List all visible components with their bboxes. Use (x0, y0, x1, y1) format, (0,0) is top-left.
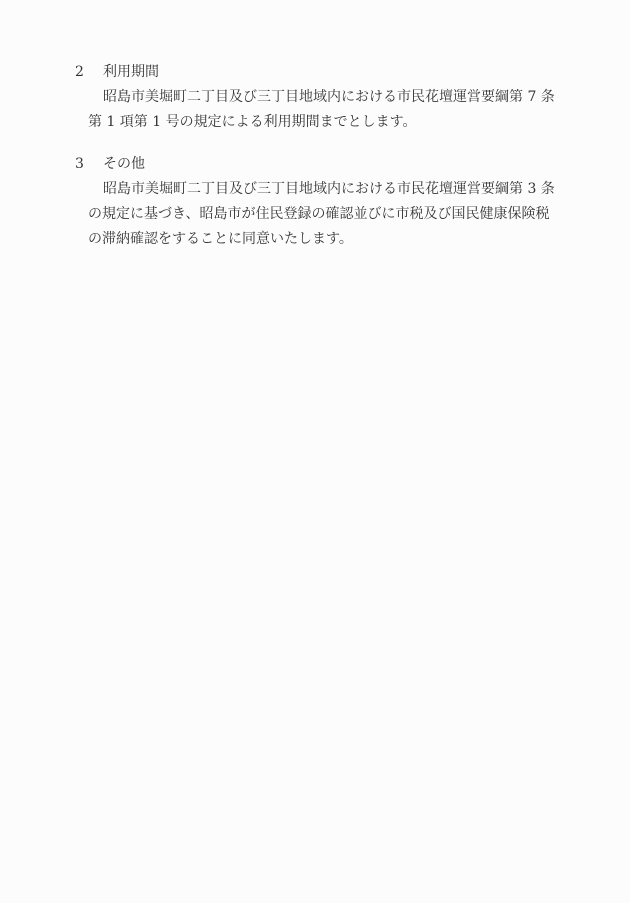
section-heading: 2利用期間 (0, 60, 630, 85)
paragraph-line: 第 1 項第 1 号の規定による利用期間までとします。 (0, 110, 630, 135)
paragraph-line: 昭島市美堀町二丁目及び三丁目地域内における市民花壇運営要綱第 3 条 (0, 177, 630, 202)
section-title: 利用期間 (103, 64, 159, 80)
section-usage-period: 2利用期間 昭島市美堀町二丁目及び三丁目地域内における市民花壇運営要綱第 7 条… (0, 60, 630, 135)
section-number: 2 (75, 60, 103, 85)
section-other: 3その他 昭島市美堀町二丁目及び三丁目地域内における市民花壇運営要綱第 3 条 … (0, 152, 630, 252)
paragraph-line: の滞納確認をすることに同意いたします。 (0, 227, 630, 252)
section-title: その他 (103, 156, 145, 172)
section-number: 3 (75, 152, 103, 177)
document-content: 2利用期間 昭島市美堀町二丁目及び三丁目地域内における市民花壇運営要綱第 7 条… (0, 0, 630, 252)
paragraph-line: 昭島市美堀町二丁目及び三丁目地域内における市民花壇運営要綱第 7 条 (0, 85, 630, 110)
section-heading: 3その他 (0, 152, 630, 177)
paragraph-line: の規定に基づき、昭島市が住民登録の確認並びに市税及び国民健康保険税 (0, 202, 630, 227)
document-page: 2利用期間 昭島市美堀町二丁目及び三丁目地域内における市民花壇運営要綱第 7 条… (0, 0, 630, 903)
